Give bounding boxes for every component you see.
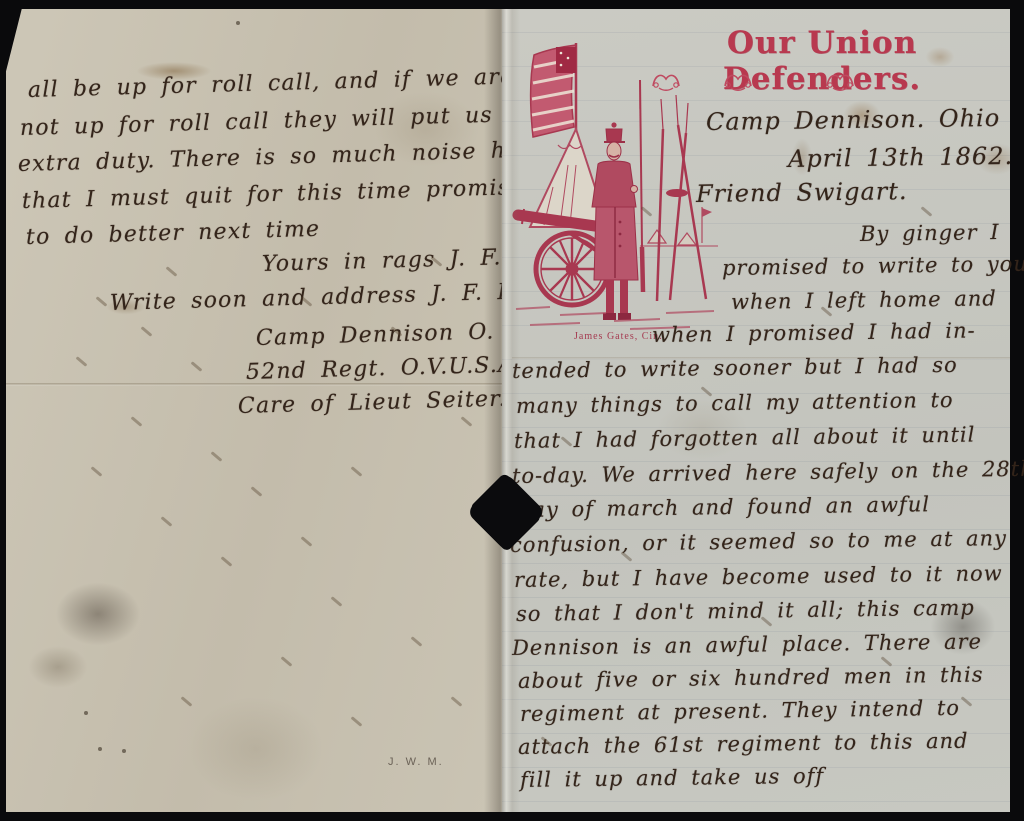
- ink-showthrough-mark: [141, 326, 153, 337]
- letterhead-ornament-icon: [824, 69, 856, 91]
- handwritten-line: By ginger I: [860, 220, 1000, 246]
- heading-line: Camp Dennison. Ohio: [706, 104, 1001, 136]
- handwritten-line: regiment at present. They intend to: [520, 696, 960, 726]
- ink-showthrough-mark: [221, 556, 233, 567]
- ink-showthrough-mark: [96, 296, 108, 307]
- heading-line: April 13th 1862.: [788, 142, 1013, 173]
- handwritten-line: promised to write to you: [722, 252, 1024, 280]
- handwritten-line: extra duty. There is so much noise here: [18, 137, 547, 177]
- signature-line: Care of Lieut Seiter.: [238, 386, 507, 418]
- ink-showthrough-mark: [961, 696, 973, 707]
- left-page: all be up for roll call, and if we are n…: [6, 9, 502, 812]
- ink-showthrough-mark: [161, 516, 173, 527]
- handwritten-line: not up for roll call they will put us on: [20, 102, 538, 141]
- handwritten-line: to do better next time: [26, 217, 321, 250]
- ink-showthrough-mark: [461, 416, 473, 427]
- letterhead-ornament-icon: [722, 69, 754, 91]
- pencil-annotation: J. W. M.: [388, 756, 444, 768]
- ink-showthrough-mark: [76, 356, 88, 367]
- ink-showthrough-mark: [451, 696, 463, 707]
- handwritten-line: many things to call my attention to: [516, 388, 954, 418]
- engraving-caption: James Gates, Cin.: [574, 331, 663, 342]
- handwritten-line: about five or six hundred men in this: [518, 663, 984, 693]
- handwritten-line: rate, but I have become used to it now: [514, 561, 1003, 592]
- ink-showthrough-mark: [166, 266, 178, 277]
- ink-showthrough-mark: [131, 416, 143, 427]
- ink-showthrough-mark: [251, 486, 263, 497]
- handwritten-line: Dennison is an awful place. There are: [512, 629, 982, 660]
- ink-speck: [98, 747, 102, 751]
- ink-showthrough-mark: [921, 206, 933, 217]
- ink-showthrough-mark: [411, 636, 423, 647]
- ink-speck: [236, 21, 240, 25]
- scan-corner-shadow: [0, 0, 24, 95]
- ink-showthrough-mark: [351, 466, 363, 477]
- ink-showthrough-mark: [211, 451, 223, 462]
- ink-showthrough-mark: [91, 466, 103, 477]
- handwritten-line: that I must quit for this time promising: [22, 174, 550, 214]
- handwritten-line: to-day. We arrived here safely on the 28…: [512, 457, 1024, 488]
- handwritten-line: when I left home and: [731, 286, 997, 314]
- handwritten-line: confusion, or it seemed so to me at any: [510, 526, 1007, 557]
- ink-showthrough-mark: [301, 536, 313, 547]
- heading-line: Friend Swigart.: [696, 177, 908, 208]
- ink-showthrough-mark: [351, 716, 363, 727]
- ink-speck: [84, 711, 88, 715]
- handwritten-line: when I promised I had in-: [652, 318, 976, 347]
- scanned-letter: all be up for roll call, and if we are n…: [0, 0, 1024, 821]
- handwritten-line: day of march and found an awful: [518, 492, 930, 522]
- signature-line: Camp Dennison O.: [256, 319, 495, 351]
- camp-engraving: [510, 37, 722, 337]
- handwritten-line: attach the 61st regiment to this and: [518, 729, 969, 759]
- signature-line: Write soon and address J. F. Hoy: [110, 279, 546, 316]
- handwritten-line: tended to write sooner but I had so: [512, 353, 958, 383]
- ink-showthrough-mark: [331, 596, 343, 607]
- handwritten-line: that I had forgotten all about it until: [514, 423, 976, 453]
- handwritten-line: fill it up and take us off: [520, 764, 824, 792]
- signature-line: 52nd Regt. O.V.U.S.A.: [246, 352, 524, 385]
- letter-sheet: all be up for roll call, and if we are n…: [6, 9, 1010, 812]
- ink-showthrough-mark: [181, 696, 193, 707]
- ink-showthrough-mark: [281, 656, 293, 667]
- handwritten-line: all be up for roll call, and if we are: [28, 64, 515, 103]
- flag-icon: [531, 43, 577, 137]
- ink-showthrough-mark: [191, 361, 203, 372]
- right-page: Our Union Defenders.: [502, 9, 1010, 812]
- handwritten-line: so that I don't mind it all; this camp: [516, 596, 975, 626]
- ink-speck: [122, 749, 126, 753]
